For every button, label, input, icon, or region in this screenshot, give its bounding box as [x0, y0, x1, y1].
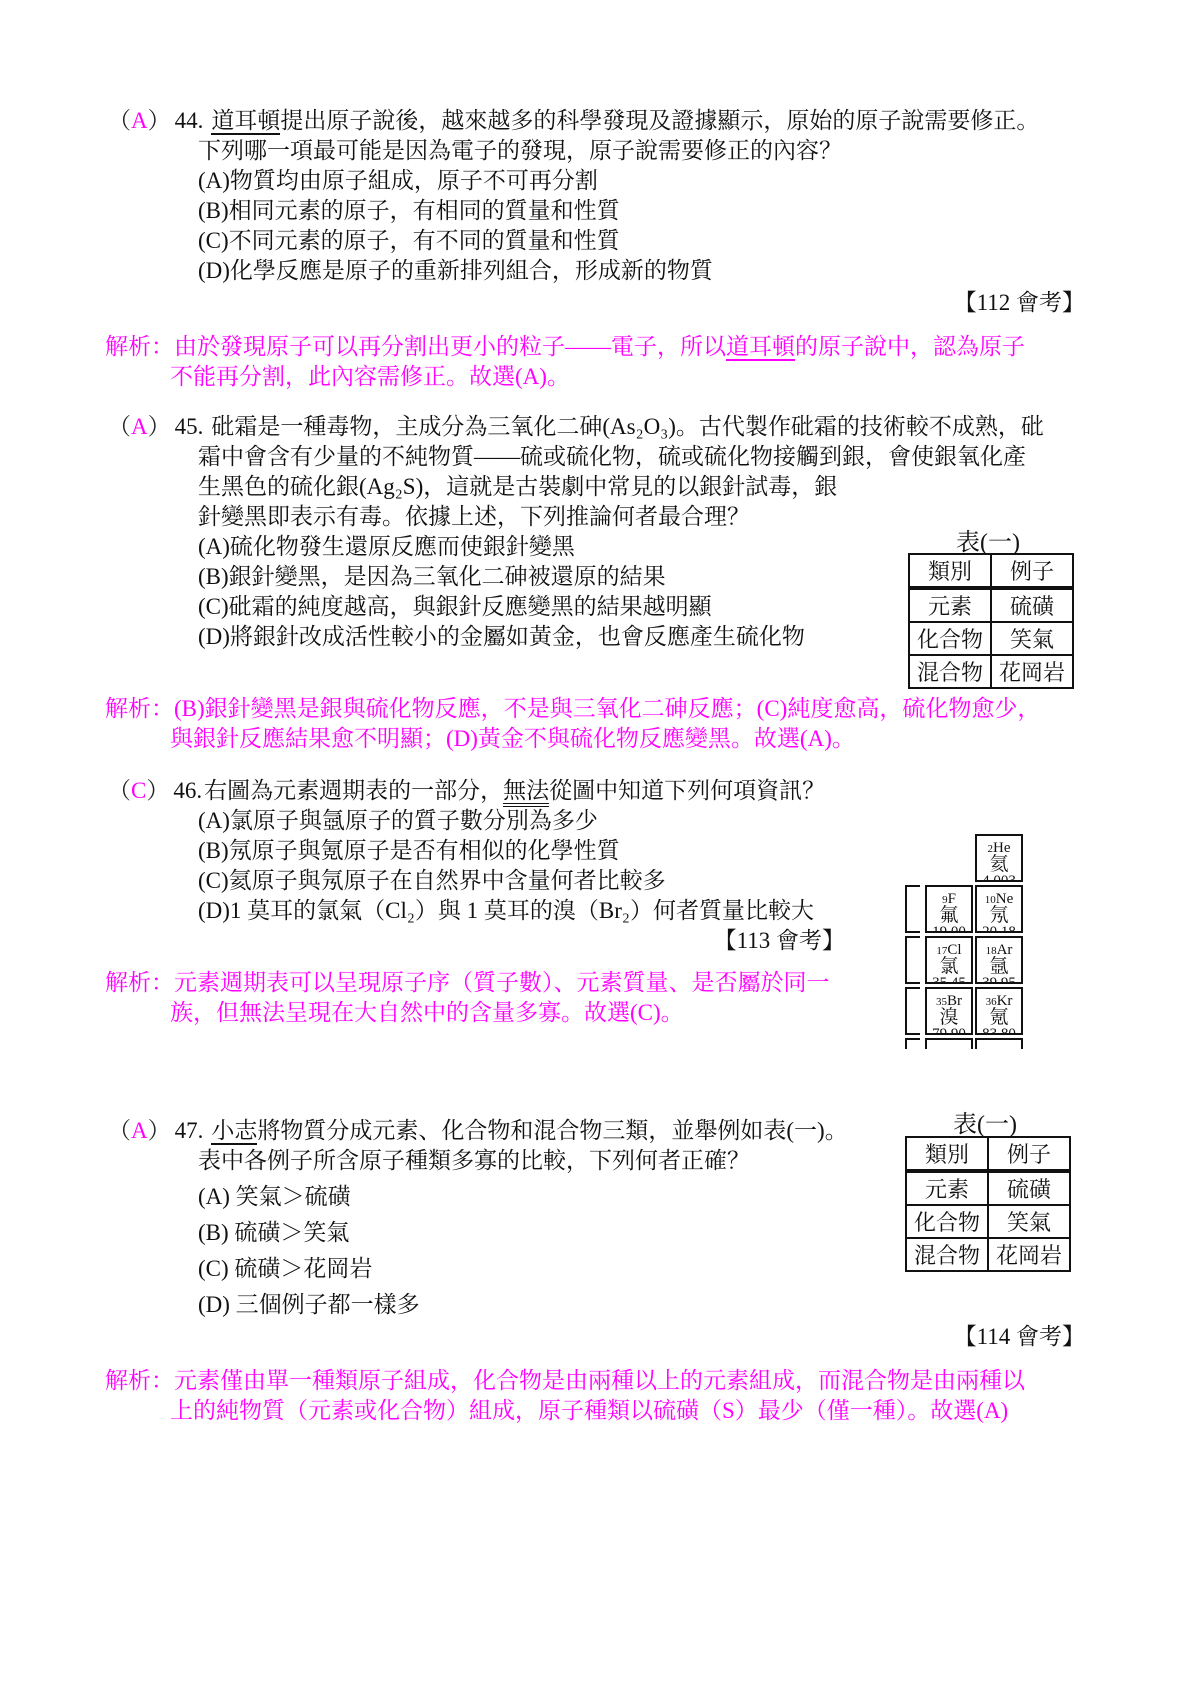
question-44-line-1: （A）44.道耳頓提出原子說後，越來越多的科學發現及證據顯示，原始的原子說需要修…: [108, 106, 1039, 136]
element-name-zh: 氟: [927, 907, 971, 925]
truncated-row-stub: [925, 1038, 973, 1049]
table-cell-category: 混合物: [909, 655, 991, 688]
atomic-mass: 4.003: [977, 874, 1021, 882]
question-47-line-1: （A）47.小志將物質分成元素、化合物和混合物三類，並舉例如表(一)。: [108, 1116, 848, 1146]
explanation-text: 的原子說中，認為原子: [795, 334, 1025, 359]
exam-source-tag-q44: 【112 會考】: [954, 288, 1085, 318]
question-number-q47: 47.: [175, 1118, 204, 1143]
table-title-q45: 表(一): [908, 522, 1068, 557]
option-d-q44: (D)化學反應是原子的重新排列組合，形成新的物質: [198, 256, 713, 286]
answer-letter-q47: A: [131, 1118, 148, 1143]
truncated-row-stub: [905, 1038, 920, 1049]
explanation-q47-line-2: 上的純物質（元素或化合物）組成，原子種類以硫磺（S）最少（僅一種）。故選(A): [170, 1396, 1008, 1426]
explanation-q46-line-2: 族，但無法呈現在大自然中的含量多寡。故選(C)。: [170, 998, 684, 1028]
exam-solution-page: （A）44.道耳頓提出原子說後，越來越多的科學發現及證據顯示，原始的原子說需要修…: [0, 0, 1191, 1684]
answer-paren-close: ）: [148, 1118, 171, 1143]
explanation-q44-line-2: 不能再分割，此內容需修正。故選(A)。: [170, 362, 570, 392]
answer-paren-close: ）: [148, 108, 171, 133]
question-45-line-3: 生黑色的硫化銀(Ag₂S)，這就是古裝劇中常見的以銀針試毒，銀: [198, 472, 837, 502]
answer-paren-close: ）: [146, 778, 169, 803]
answer-letter-q45: A: [131, 414, 148, 439]
atomic-mass: 39.95: [977, 976, 1021, 984]
question-45-line-1: （A）45.砒霜是一種毒物，主成分為三氧化二砷(As₂O₃)。古代製作砒霜的技術…: [108, 412, 1044, 442]
truncated-row-stub: [975, 1038, 1023, 1049]
answer-letter-q44: A: [131, 108, 148, 133]
answer-paren-open: （: [108, 1118, 131, 1143]
question-47-line-2: 表中各例子所含原子種類多寡的比較，下列何者正確？: [198, 1146, 750, 1176]
answer-paren-close: ）: [148, 414, 171, 439]
explanation-label: 解析：: [105, 334, 174, 359]
option-d-q45: (D)將銀針改成活性較小的金屬如黃金，也會反應產生硫化物: [198, 622, 805, 652]
explanation-q45-line-1: 解析：(B)銀針變黑是銀與硫化物反應，不是與三氧化二砷反應；(C)純度愈高，硫化…: [105, 694, 1040, 724]
option-d-q47: (D) 三個例子都一樣多: [198, 1290, 420, 1320]
question-44-line-2: 下列哪一項最可能是因為電子的發現，原子說需要修正的內容？: [198, 136, 842, 166]
question-number-q44: 44.: [175, 108, 204, 133]
question-45-line-4: 針變黑即表示有毒。依據上述，下列推論何者最合理？: [198, 502, 750, 532]
table-header-example: 例子: [991, 554, 1073, 588]
category-example-table-q47: 類別 例子 元素 硫磺 化合物 笑氣 混合物 花岡岩: [905, 1136, 1071, 1272]
table-cell-category: 化合物: [909, 622, 991, 655]
underlined-term-dalton: 道耳頓: [726, 334, 795, 361]
table-cell-category: 元素: [909, 588, 991, 622]
option-b-q47: (B) 硫磺＞笑氣: [198, 1218, 349, 1248]
table-title-q47: 表(一): [905, 1104, 1065, 1139]
element-cell-cl: 17Cl 氯 35.45: [925, 936, 973, 984]
question-number-q46: 46.: [173, 778, 202, 803]
question-stem: 右圖為元素週期表的一部分，: [204, 778, 503, 803]
explanation-q45-line-2: 與銀針反應結果愈不明顯；(D)黃金不與硫化物反應變黑。故選(A)。: [170, 724, 855, 754]
option-c-q45: (C)砒霜的純度越高，與銀針反應變黑的結果越明顯: [198, 592, 712, 622]
table-cell-example: 花岡岩: [988, 1238, 1070, 1271]
answer-paren-open: （: [108, 414, 131, 439]
exam-source-tag-q46: 【113 會考】: [714, 926, 845, 956]
double-underlined-term: 無法: [503, 778, 549, 807]
explanation-label: 解析：: [105, 1368, 174, 1393]
question-number-q45: 45.: [175, 414, 204, 439]
explanation-label: 解析：: [105, 970, 174, 995]
answer-letter-q46: C: [131, 778, 146, 803]
question-45-line-2: 霜中會含有少量的不純物質——硫或硫化物，硫或硫化物接觸到銀，會使銀氧化產: [198, 442, 1026, 472]
option-c-q47: (C) 硫磺＞花岡岩: [198, 1254, 372, 1284]
underlined-term-dalton: 道耳頓: [211, 108, 280, 135]
table-header-example: 例子: [988, 1137, 1070, 1171]
table-cell-example: 笑氣: [988, 1205, 1070, 1238]
option-b-q46: (B)氖原子與氪原子是否有相似的化學性質: [198, 836, 620, 866]
option-a-q47: (A) 笑氣＞硫磺: [198, 1182, 351, 1212]
table-cell-category: 混合物: [906, 1238, 988, 1271]
option-d-q46: (D)1 莫耳的氯氣（Cl₂）與 1 莫耳的溴（Br₂）何者質量比較大: [198, 896, 814, 926]
question-stem: 將物質分成元素、化合物和混合物三類，並舉例如表(一)。: [257, 1118, 847, 1143]
table-header-category: 類別: [906, 1137, 988, 1171]
periodic-table-fragment: 2He 氦 4.003 9F 氟 19.00 10Ne 氖 20.18 17Cl: [905, 834, 1025, 1050]
atomic-mass: 20.18: [977, 925, 1021, 933]
option-a-q45: (A)硫化物發生還原反應而使銀針變黑: [198, 532, 575, 562]
explanation-q46-line-1: 解析：元素週期表可以呈現原子序（質子數）、元素質量、是否屬於同一: [105, 968, 830, 998]
question-stem: 提出原子說後，越來越多的科學發現及證據顯示，原始的原子說需要修正。: [280, 108, 1039, 133]
table-cell-example: 硫磺: [991, 588, 1073, 622]
explanation-text: 由於發現原子可以再分割出更小的粒子——電子，所以: [174, 334, 726, 359]
explanation-text: 元素週期表可以呈現原子序（質子數）、元素質量、是否屬於同一: [174, 970, 830, 995]
element-name-zh: 氖: [977, 907, 1021, 925]
underlined-term-name: 小志: [211, 1118, 257, 1145]
option-a-q44: (A)物質均由原子組成，原子不可再分割: [198, 166, 598, 196]
atomic-mass: 19.00: [927, 925, 971, 933]
element-name-zh: 溴: [927, 1009, 971, 1027]
element-name-zh: 氦: [977, 856, 1021, 874]
table-cell-category: 元素: [906, 1171, 988, 1205]
atomic-mass: 79.90: [927, 1027, 971, 1035]
option-b-q45: (B)銀針變黑，是因為三氧化二砷被還原的結果: [198, 562, 666, 592]
explanation-q47-line-1: 解析：元素僅由單一種類原子組成，化合物是由兩種以上的元素組成，而混合物是由兩種以: [105, 1366, 1025, 1396]
element-cell-kr: 36Kr 氪 83.80: [975, 987, 1023, 1035]
atomic-mass: 83.80: [977, 1027, 1021, 1035]
answer-paren-open: （: [108, 108, 131, 133]
table-cell-example: 硫磺: [988, 1171, 1070, 1205]
element-cell-he: 2He 氦 4.003: [975, 834, 1023, 882]
table-cell-example: 笑氣: [991, 622, 1073, 655]
atomic-mass: 35.45: [927, 976, 971, 984]
truncated-cell-edge: [905, 987, 920, 1035]
truncated-cell-edge: [905, 936, 920, 984]
table-header-category: 類別: [909, 554, 991, 588]
category-example-table-q45: 類別 例子 元素 硫磺 化合物 笑氣 混合物 花岡岩: [908, 553, 1074, 689]
element-cell-f: 9F 氟 19.00: [925, 885, 973, 933]
element-cell-ne: 10Ne 氖 20.18: [975, 885, 1023, 933]
element-cell-ar: 18Ar 氬 39.95: [975, 936, 1023, 984]
exam-source-tag-q47: 【114 會考】: [954, 1322, 1085, 1352]
truncated-cell-edge: [905, 885, 920, 933]
option-c-q46: (C)氦原子與氖原子在自然界中含量何者比較多: [198, 866, 666, 896]
option-b-q44: (B)相同元素的原子，有相同的質量和性質: [198, 196, 620, 226]
element-name-zh: 氬: [977, 958, 1021, 976]
answer-paren-open: （: [108, 778, 131, 803]
explanation-q44-line-1: 解析：由於發現原子可以再分割出更小的粒子——電子，所以道耳頓的原子說中，認為原子: [105, 332, 1025, 362]
element-name-zh: 氪: [977, 1009, 1021, 1027]
element-name-zh: 氯: [927, 958, 971, 976]
question-stem: 從圖中知道下列何項資訊？: [549, 778, 825, 803]
explanation-text: (B)銀針變黑是銀與硫化物反應，不是與三氧化二砷反應；(C)純度愈高，硫化物愈少…: [174, 696, 1040, 721]
table-cell-category: 化合物: [906, 1205, 988, 1238]
explanation-label: 解析：: [105, 696, 174, 721]
explanation-text: 元素僅由單一種類原子組成，化合物是由兩種以上的元素組成，而混合物是由兩種以: [174, 1368, 1025, 1393]
table-cell-example: 花岡岩: [991, 655, 1073, 688]
question-stem: 砒霜是一種毒物，主成分為三氧化二砷(As₂O₃)。古代製作砒霜的技術較不成熟，砒: [211, 414, 1044, 439]
option-c-q44: (C)不同元素的原子，有不同的質量和性質: [198, 226, 620, 256]
option-a-q46: (A)氯原子與氬原子的質子數分別為多少: [198, 806, 598, 836]
question-46-line-1: （C）46.右圖為元素週期表的一部分，無法從圖中知道下列何項資訊？: [108, 776, 825, 806]
element-cell-br: 35Br 溴 79.90: [925, 987, 973, 1035]
